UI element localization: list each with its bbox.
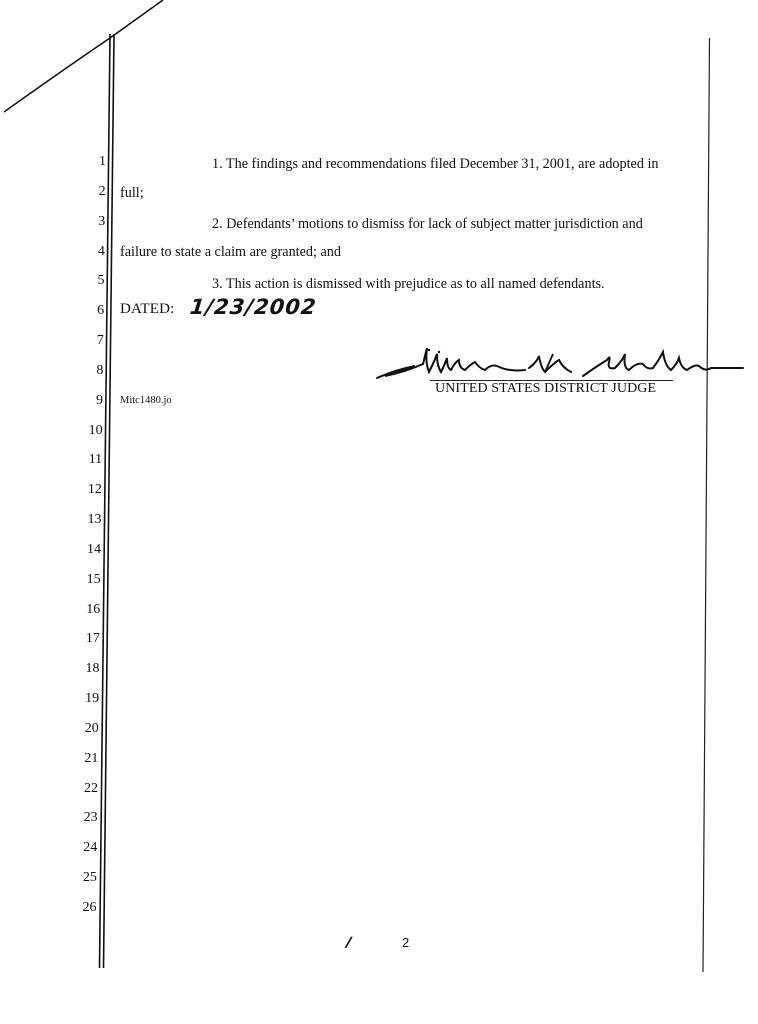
corner-diagonal-line [4, 0, 163, 112]
paragraph-1-line-1: 1. The findings and recommendations file… [212, 155, 659, 173]
line-number: 26 [67, 900, 97, 916]
line-number: 4 [75, 244, 105, 260]
file-reference: Mitc1480.jo [120, 395, 172, 406]
paragraph-2-line-2: failure to state a claim are granted; an… [120, 243, 341, 261]
left-margin-rule-inner [104, 34, 115, 968]
paragraph-1-line-2: full; [120, 184, 144, 202]
judge-title: UNITED STATES DISTRICT JUDGE [435, 381, 656, 397]
dated-label: DATED: [120, 301, 175, 318]
line-number: 9 [73, 393, 103, 409]
handwritten-date: 1/23/2002 [189, 295, 318, 319]
page-mark: / [344, 933, 353, 952]
line-number: 2 [76, 184, 106, 200]
line-number: 13 [71, 512, 101, 528]
line-number: 3 [75, 214, 105, 230]
paragraph-3-line-1: 3. This action is dismissed with prejudi… [212, 275, 605, 293]
line-number: 24 [67, 840, 97, 856]
line-number: 15 [71, 572, 101, 588]
line-number: 5 [74, 273, 104, 289]
page-number: 2 [402, 935, 409, 950]
line-number: 6 [74, 303, 104, 319]
line-number: 12 [72, 482, 102, 498]
line-number: 25 [67, 870, 97, 886]
paragraph-2-line-1: 2. Defendants’ motions to dismiss for la… [212, 215, 643, 233]
judge-signature [375, 342, 745, 384]
line-number: 19 [69, 691, 99, 707]
line-number: 21 [68, 751, 98, 767]
pleading-rules [0, 0, 758, 1024]
line-number: 14 [71, 542, 101, 558]
line-number: 22 [68, 781, 98, 797]
line-number: 16 [70, 602, 100, 618]
line-number: 20 [69, 721, 99, 737]
line-number: 1 [76, 154, 106, 170]
line-number: 8 [73, 363, 103, 379]
line-number: 23 [68, 810, 98, 826]
right-margin-rule [703, 38, 710, 972]
line-number: 18 [70, 661, 100, 677]
line-number: 11 [72, 452, 102, 468]
line-number: 7 [74, 333, 104, 349]
line-number: 17 [70, 631, 100, 647]
line-number: 10 [73, 423, 103, 439]
left-margin-rule-outer [100, 34, 111, 968]
